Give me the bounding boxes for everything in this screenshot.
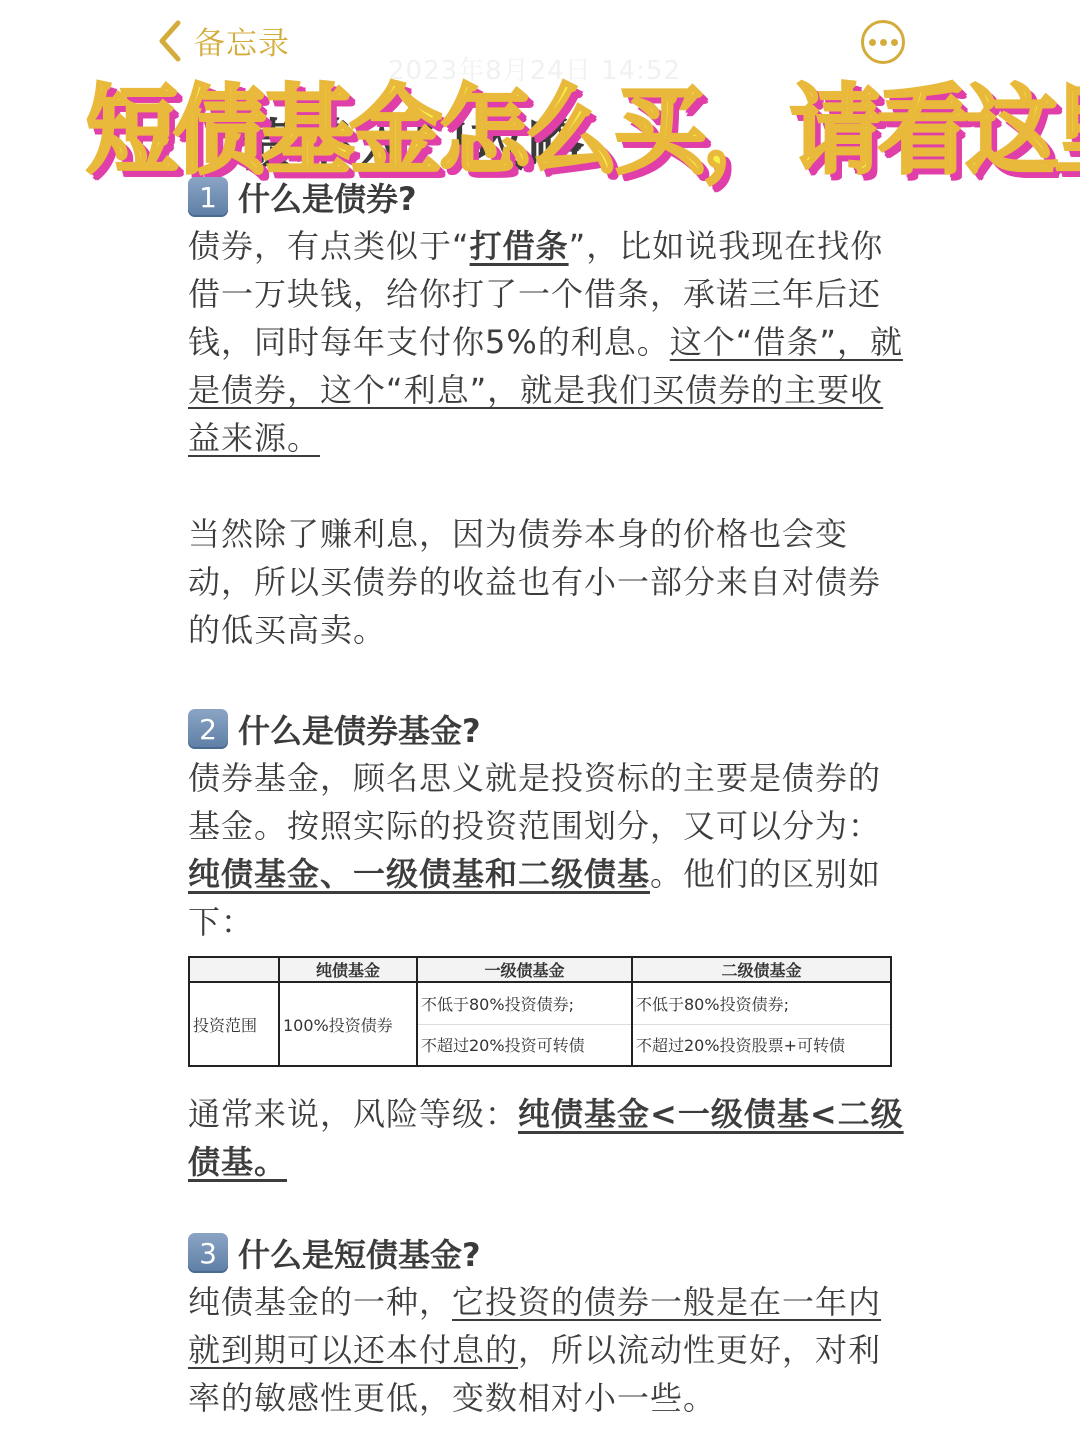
table-header: 一级债基金 xyxy=(417,957,632,982)
paragraph: 纯债基金的一种，它投资的债券一般是在一年内就到期可以还本付息的，所以流动性更好，… xyxy=(188,1278,908,1422)
more-dot-icon xyxy=(869,39,876,46)
emphasis-text: 纯债基金、一级债基和二级债基 xyxy=(188,855,650,893)
text: 债券基金，顾名思义就是投资标的主要是债券的基金。按照实际的投资范围划分，又可以分… xyxy=(188,759,881,845)
table-cell: 不低于80%投资债券; xyxy=(417,982,632,1024)
table-header: 二级债基金 xyxy=(632,957,891,982)
section-title: 什么是债券基金? xyxy=(238,706,481,752)
paragraph: 债券基金，顾名思义就是投资标的主要是债券的基金。按照实际的投资范围划分，又可以分… xyxy=(188,754,908,946)
keycap-2-icon: 2 xyxy=(188,709,228,749)
table-cell: 不超过20%投资股票+可转债 xyxy=(632,1024,891,1066)
text: 纯债基金的一种， xyxy=(188,1283,452,1321)
promo-banner: 短债基金怎么买，请看这里 xyxy=(86,68,1006,178)
section-heading-1: 1 什么是债券? xyxy=(188,174,908,220)
table-row: 投资范围 100%投资债券 不低于80%投资债券; 不低于80%投资债券; xyxy=(189,982,891,1024)
table-cell: 不低于80%投资债券; xyxy=(632,982,891,1024)
note-body-continued[interactable]: 通常来说，风险等级：纯债基金<一级债基<二级债基。 3 什么是短债基金? 纯债基… xyxy=(188,1090,908,1422)
section-title: 什么是债券? xyxy=(238,174,417,220)
section-heading-2: 2 什么是债券基金? xyxy=(188,706,908,752)
fund-comparison-table: 纯债基金 一级债基金 二级债基金 投资范围 100%投资债券 不低于80%投资债… xyxy=(188,956,892,1067)
table-cell: 100%投资债券 xyxy=(279,982,417,1066)
section-title: 什么是短债基金? xyxy=(238,1230,481,1276)
more-dot-icon xyxy=(880,39,887,46)
emphasis-text: 打借条 xyxy=(470,227,569,265)
keycap-3-icon: 3 xyxy=(188,1233,228,1273)
paragraph: 债券，有点类似于“打借条”，比如说我现在找你借一万块钱，给你打了一个借条，承诺三… xyxy=(188,222,908,462)
table-cell: 投资范围 xyxy=(189,982,279,1066)
more-dot-icon xyxy=(891,39,898,46)
table-header-row: 纯债基金 一级债基金 二级债基金 xyxy=(189,957,891,982)
paragraph: 通常来说，风险等级：纯债基金<一级债基<二级债基。 xyxy=(188,1090,908,1186)
text: 债券，有点类似于“ xyxy=(188,227,470,265)
note-body[interactable]: 1 什么是债券? 债券，有点类似于“打借条”，比如说我现在找你借一万块钱，给你打… xyxy=(188,174,908,946)
keycap-1-icon: 1 xyxy=(188,177,228,217)
paragraph: 当然除了赚利息，因为债券本身的价格也会变动，所以买债券的收益也有小一部分来自对债… xyxy=(188,510,908,654)
section-heading-3: 3 什么是短债基金? xyxy=(188,1230,908,1276)
text: 通常来说，风险等级： xyxy=(188,1095,518,1133)
table-header xyxy=(189,957,279,982)
banner-text: 短债基金怎么买，请看这里 xyxy=(86,54,1080,193)
table-cell: 不超过20%投资可转债 xyxy=(417,1024,632,1066)
table-header: 纯债基金 xyxy=(279,957,417,982)
